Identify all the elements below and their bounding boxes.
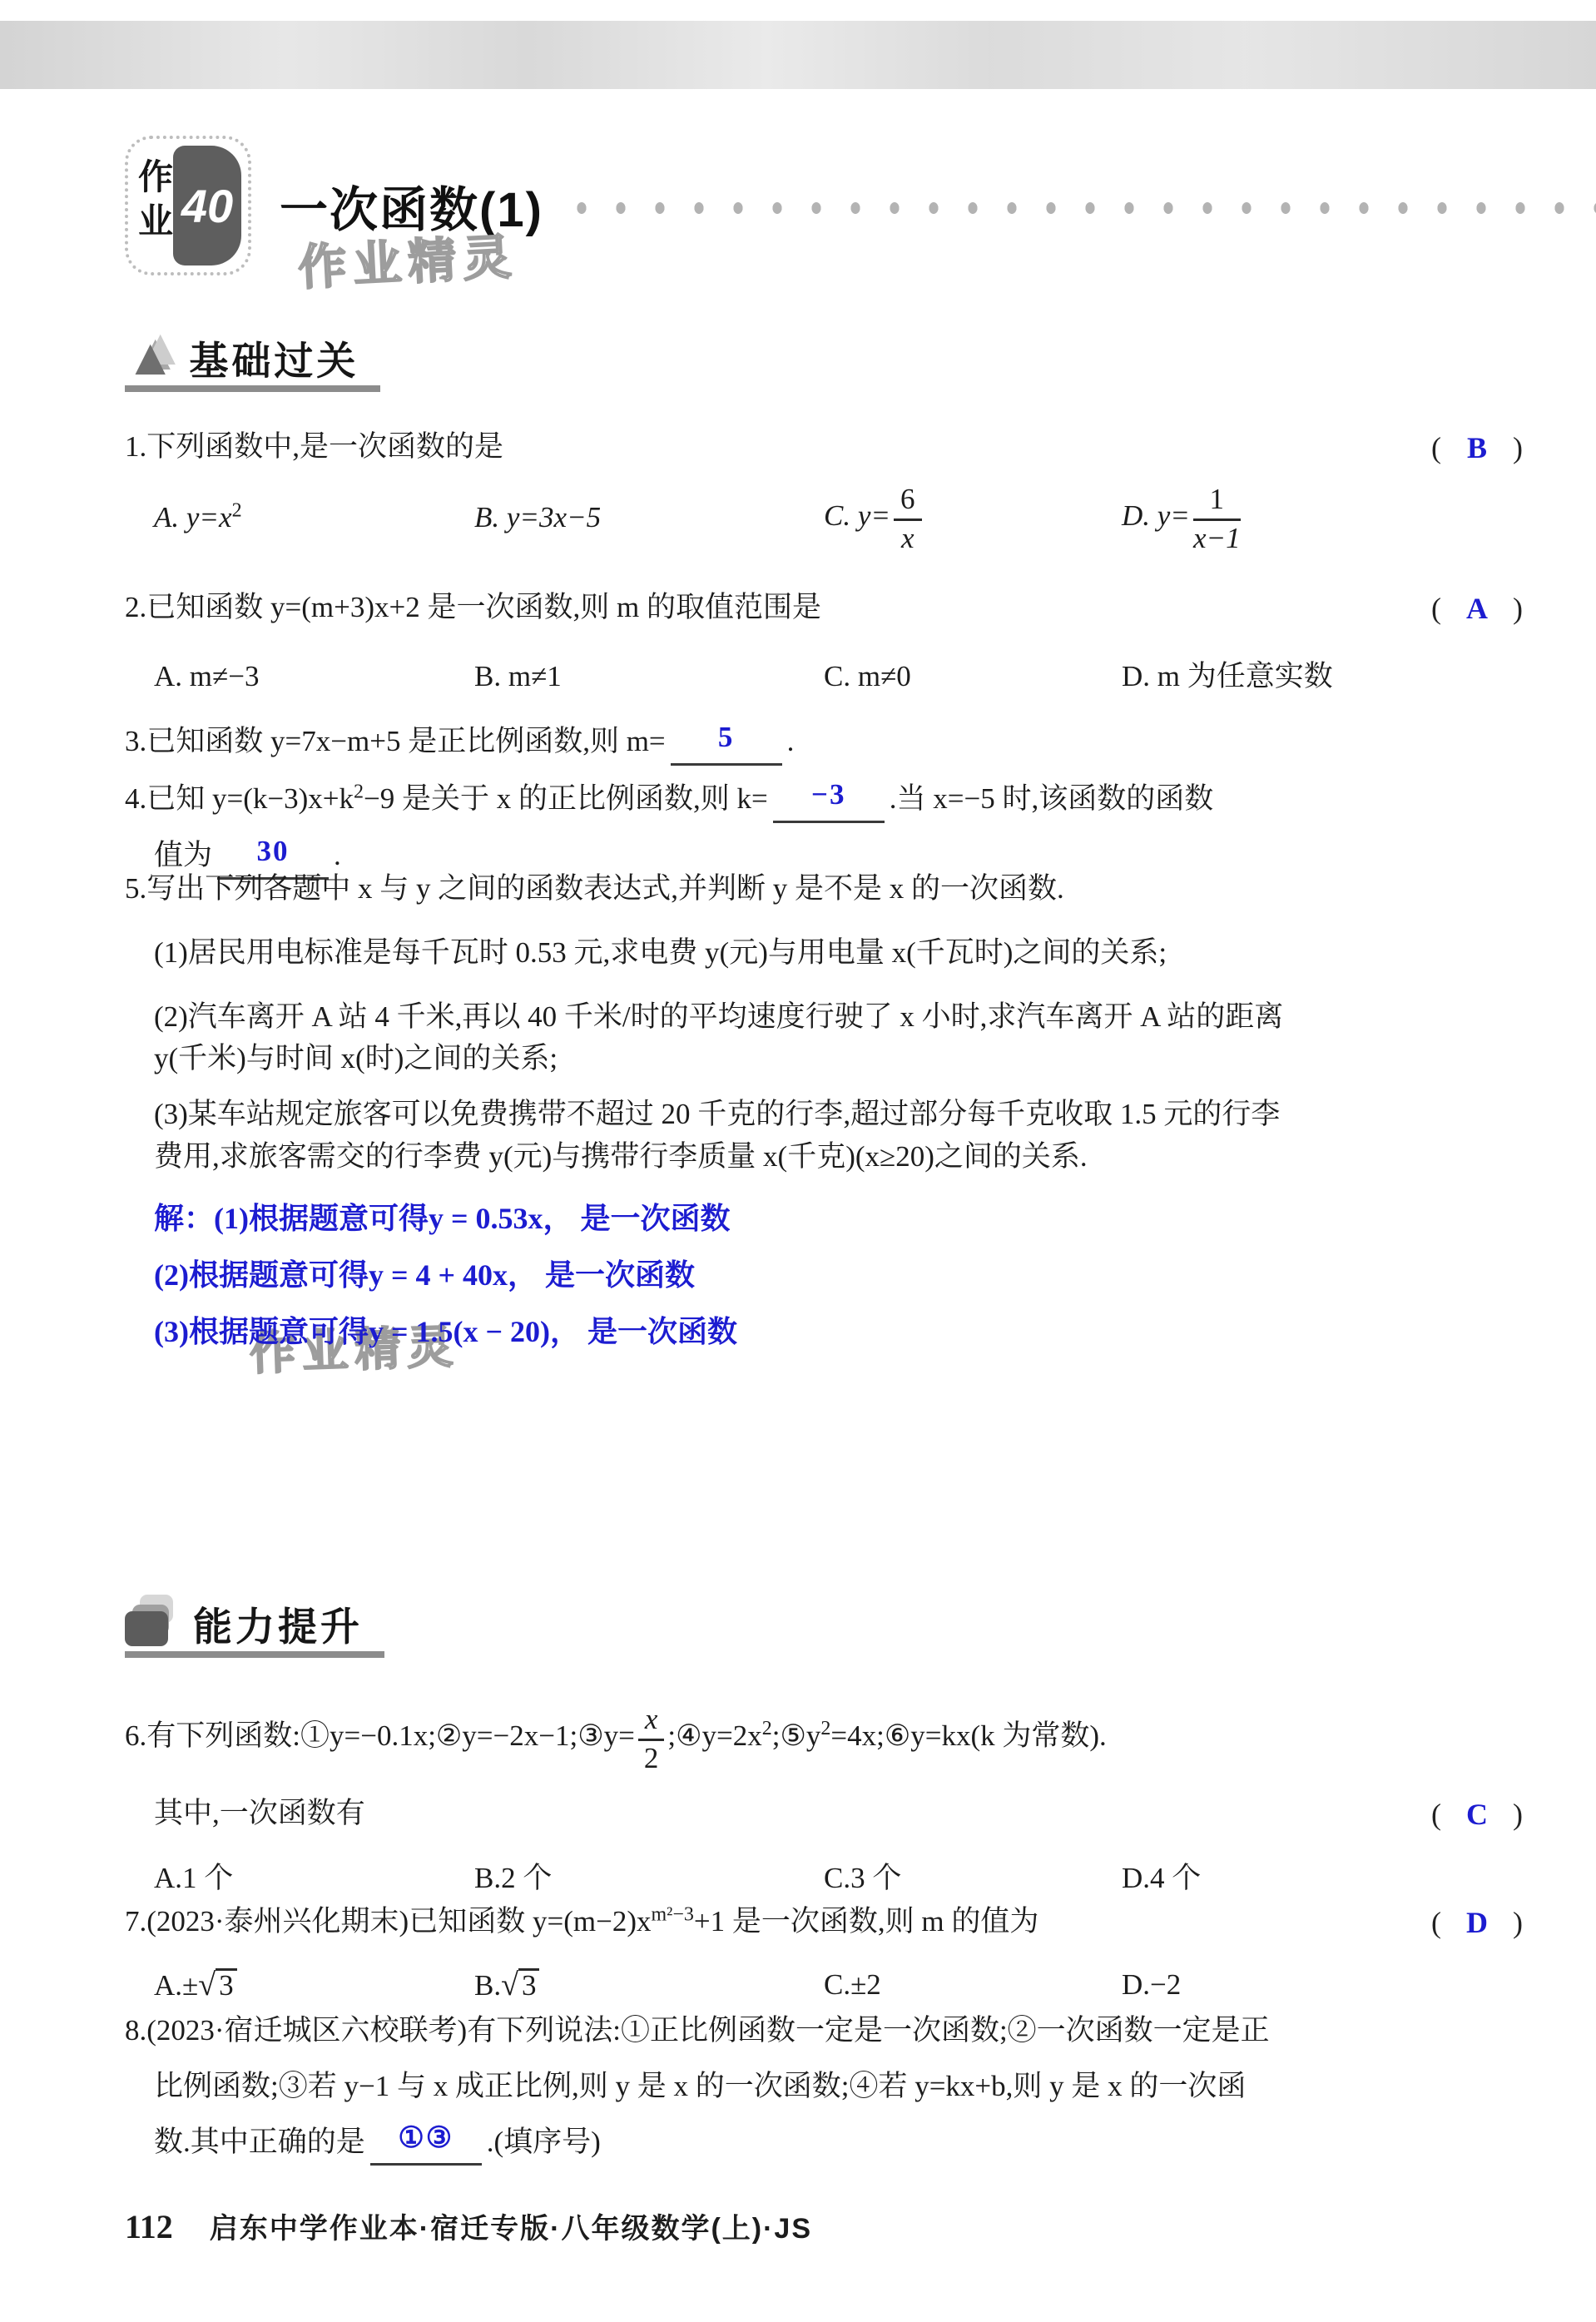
question-6-answer: (C) xyxy=(1431,1793,1523,1836)
answer-letter: C xyxy=(1441,1793,1513,1836)
question-4-stem: 4.已知 y=(k−3)x+k xyxy=(125,782,354,815)
question-5-item-2: (2)汽车离开 A 站 4 千米,再以 40 千米/时的平均速度行驶了 x 小时… xyxy=(154,996,1523,1039)
option-a: A. m≠−3 xyxy=(154,656,474,698)
blank-answer: 30 xyxy=(257,831,290,873)
option-c: C.3 个 xyxy=(824,1858,1122,1900)
blank-answer: ①③ xyxy=(398,2117,454,2160)
answer-letter: B xyxy=(1441,426,1513,469)
section-basic: ▲ 基础过关 xyxy=(125,336,1523,392)
option-b: B. m≠1 xyxy=(474,656,824,698)
dotted-rule-decoration xyxy=(572,199,1596,217)
fill-blank: ①③ xyxy=(370,2121,482,2166)
stacked-cubes-icon xyxy=(125,1595,180,1646)
question-1-options: A. y=x2 B. y=3x−5 C. y=6x D. y=1x−1 xyxy=(125,483,1523,554)
fill-blank: 5 xyxy=(671,721,782,766)
option-b: B.√3 xyxy=(474,1962,824,2008)
option-d: D. m 为任意实数 xyxy=(1122,656,1523,698)
question-3: 3.已知函数 y=7x−m+5 是正比例函数,则 m=5. xyxy=(125,721,1523,766)
watermark-text: 作业精灵 xyxy=(296,217,519,299)
question-8: 8.(2023·宿迁城区六校联考)有下列说法:①正比例函数一定是一次函数;②一次… xyxy=(125,2010,1523,2166)
section-advanced: 能力提升 xyxy=(125,1595,1523,1658)
question-6-stem: 6.有下列函数:①y=−0.1x;②y=−2x−1;③y= xyxy=(125,1719,635,1752)
option-d: D. y=1x−1 xyxy=(1122,483,1523,554)
option-a: A.1 个 xyxy=(154,1858,474,1900)
question-6: 6.有下列函数:①y=−0.1x;②y=−2x−1;③y=x2;④y=2x2;⑤… xyxy=(125,1703,1523,1834)
homework-number-badge: 作业 40 xyxy=(125,136,251,275)
solution-line-3: (3)根据题意可得y = 1.5(x − 20)， 是一次函数 xyxy=(154,1303,1523,1360)
question-7-answer: (D) xyxy=(1431,1901,1523,1944)
section-basic-title: 基础过关 xyxy=(189,341,359,380)
question-2-options: A. m≠−3 B. m≠1 C. m≠0 D. m 为任意实数 xyxy=(125,656,1523,698)
question-4: 4.已知 y=(k−3)x+k2−9 是关于 x 的正比例函数,则 k=−3.当… xyxy=(125,778,1523,880)
question-6-stem-2: 其中,一次函数有 xyxy=(154,1797,365,1829)
question-3-stem: 3.已知函数 y=7x−m+5 是正比例函数,则 m= xyxy=(125,725,666,757)
option-c: C.±2 xyxy=(824,1964,1122,2007)
section-advanced-title: 能力提升 xyxy=(193,1607,363,1646)
page-footer: 112 启东中学作业本·宿迁专版·八年级数学(上)·JS xyxy=(125,2205,1523,2246)
question-2: 2.已知函数 y=(m+3)x+2 是一次函数,则 m 的取值范围是 (A) xyxy=(125,587,1523,629)
footer-text: 启东中学作业本·宿迁专版·八年级数学(上)·JS xyxy=(210,2205,812,2246)
question-1-answer: (B) xyxy=(1431,426,1523,469)
question-6-options: A.1 个 B.2 个 C.3 个 D.4 个 xyxy=(125,1858,1523,1900)
solution-line-2: (2)根据题意可得y = 4 + 40x， 是一次函数 xyxy=(154,1247,1523,1303)
question-2-answer: (A) xyxy=(1431,587,1523,630)
option-d: D.4 个 xyxy=(1122,1858,1523,1900)
paren-close: ) xyxy=(1513,431,1523,464)
badge-label: 作业 xyxy=(138,156,176,243)
question-2-stem: 2.已知函数 y=(m+3)x+2 是一次函数,则 m 的取值范围是 xyxy=(125,591,821,623)
scan-gray-band xyxy=(0,21,1596,89)
badge-number: 40 xyxy=(173,146,241,265)
question-5: 5.写出下列各题中 x 与 y 之间的函数表达式,并判断 y 是不是 x 的一次… xyxy=(125,868,1523,1361)
question-8-line-1: 8.(2023·宿迁城区六校联考)有下列说法:①正比例函数一定是一次函数;②一次… xyxy=(125,2010,1523,2052)
answer-letter: A xyxy=(1441,587,1513,630)
answer-letter: D xyxy=(1441,1901,1513,1944)
option-d: D.−2 xyxy=(1122,1964,1523,2007)
question-1-stem: 1.下列函数中,是一次函数的是 xyxy=(125,430,503,463)
question-8-line-2: 比例函数;③若 y−1 与 x 成正比例,则 y 是 x 的一次函数;④若 y=… xyxy=(154,2066,1523,2108)
question-5-stem: 5.写出下列各题中 x 与 y 之间的函数表达式,并判断 y 是不是 x 的一次… xyxy=(125,868,1523,910)
question-5-item-3: (3)某车站规定旅客可以免费携带不超过 20 千克的行李,超过部分每千克收取 1… xyxy=(154,1094,1523,1136)
blank-answer: 5 xyxy=(718,717,735,759)
question-5-item-2-cont: y(千米)与时间 x(时)之间的关系; xyxy=(154,1038,1523,1080)
page-number: 112 xyxy=(125,2207,173,2246)
option-b: B. y=3x−5 xyxy=(474,497,824,539)
option-a: A. y=x2 xyxy=(154,497,474,539)
paren-open: ( xyxy=(1431,431,1441,464)
option-b: B.2 个 xyxy=(474,1858,824,1900)
fill-blank: −3 xyxy=(773,778,885,823)
question-7-options: A.±√3 B.√3 C.±2 D.−2 xyxy=(125,1962,1523,2008)
question-7: 7.(2023·泰州兴化期末)已知函数 y=(m−2)xm²−3+1 是一次函数… xyxy=(125,1901,1523,1943)
option-c: C. y=6x xyxy=(824,483,1122,554)
solution-line-1: 解：(1)根据题意可得y = 0.53x， 是一次函数 xyxy=(154,1190,1523,1247)
question-5-item-1: (1)居民用电标准是每千瓦时 0.53 元,求电费 y(元)与用电量 x(千瓦时… xyxy=(154,932,1523,975)
triangle-mountain-icon: ▲ xyxy=(125,336,176,380)
option-a: A.±√3 xyxy=(154,1962,474,2008)
blank-answer: −3 xyxy=(811,774,845,816)
option-c: C. m≠0 xyxy=(824,656,1122,698)
question-8-line-3: 数.其中正确的是①③.(填序号) xyxy=(154,2121,1523,2166)
question-7-stem: 7.(2023·泰州兴化期末)已知函数 y=(m−2)x xyxy=(125,1905,651,1937)
question-1: 1.下列函数中,是一次函数的是 (B) xyxy=(125,426,1523,469)
question-5-item-3-cont: 费用,求旅客需交的行李费 y(元)与携带行李质量 x(千克)(x≥20)之间的关… xyxy=(154,1136,1523,1178)
